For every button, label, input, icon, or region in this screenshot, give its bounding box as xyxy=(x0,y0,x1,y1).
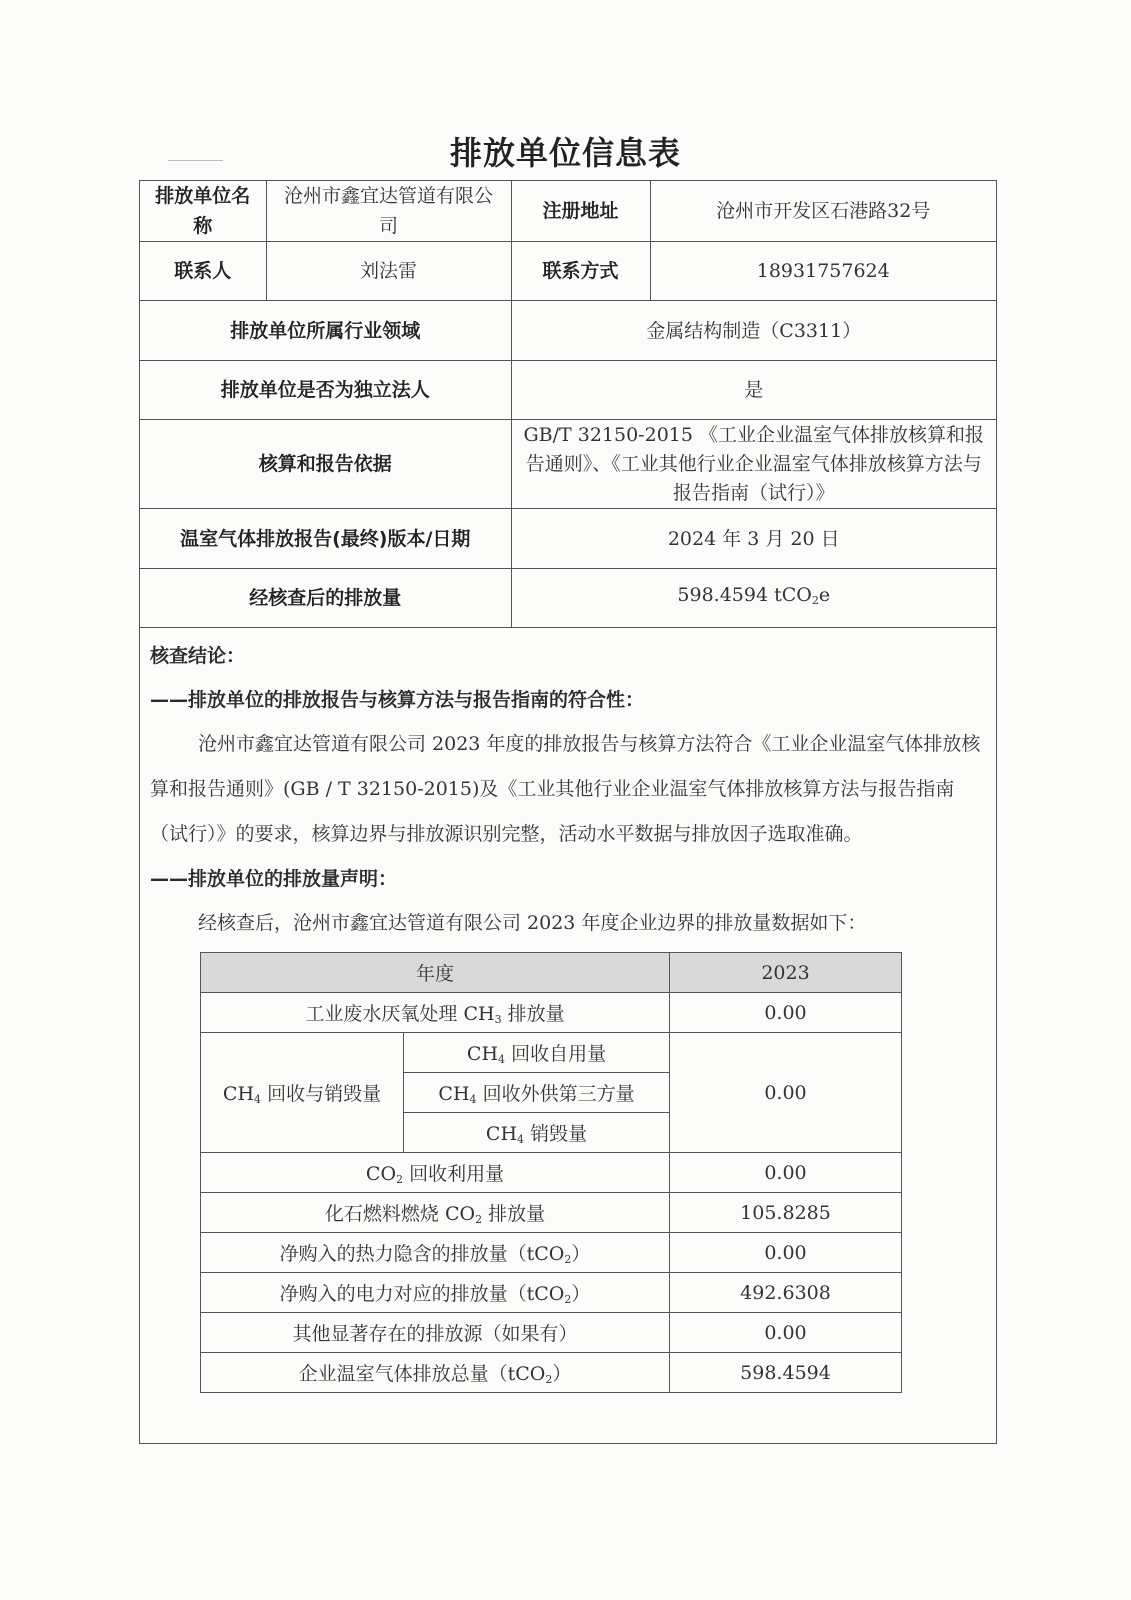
row-label: 净购入的电力对应的排放量（tCO2） xyxy=(201,1273,670,1313)
title-rule xyxy=(168,160,223,161)
phone-value: 18931757624 xyxy=(650,242,996,301)
conclusion-heading: 核查结论： xyxy=(150,634,988,678)
phone-label: 联系方式 xyxy=(511,242,650,301)
emissions-table: 年度 2023 工业废水厌氧处理 CH3 排放量 0.00 CH4 回收与销毁量… xyxy=(200,952,902,1393)
table-row: 工业废水厌氧处理 CH3 排放量 0.00 xyxy=(201,993,902,1033)
row-value: 492.6308 xyxy=(670,1273,902,1313)
unit-subscript: 2 xyxy=(812,594,819,607)
total-label: 企业温室气体排放总量（tCO2） xyxy=(201,1353,670,1393)
table-row: 其他显著存在的排放源（如果有） 0.00 xyxy=(201,1313,902,1353)
emission-statement-body: 经核查后，沧州市鑫宜达管道有限公司 2023 年度企业边界的排放量数据如下： xyxy=(150,901,988,946)
legal-entity-label: 排放单位是否为独立法人 xyxy=(140,361,511,420)
row-label: 其他显著存在的排放源（如果有） xyxy=(201,1313,670,1353)
verification-conclusion: 核查结论： ——排放单位的排放报告与核算方法与报告指南的符合性： 沧州市鑫宜达管… xyxy=(140,628,996,946)
year-header-label: 年度 xyxy=(201,953,670,993)
report-version-label: 温室气体排放报告(最终)版本/日期 xyxy=(140,509,511,569)
row-label: 化石燃料燃烧 CO2 排放量 xyxy=(201,1193,670,1233)
info-table: 排放单位名称 沧州市鑫宜达管道有限公司 注册地址 沧州市开发区石港路32号 联系… xyxy=(140,181,996,628)
unit-prefix: tCO xyxy=(774,584,812,606)
row-value: 0.00 xyxy=(670,993,902,1033)
compliance-body: 沧州市鑫宜达管道有限公司 2023 年度的排放报告与核算方法符合《工业企业温室气… xyxy=(150,722,988,857)
table-row: CO2 回收利用量 0.00 xyxy=(201,1153,902,1193)
ch4-subitem: CH4 销毁量 xyxy=(404,1113,670,1153)
industry-value: 金属结构制造（C3311） xyxy=(511,301,996,361)
ch4-subitem: CH4 回收自用量 xyxy=(404,1033,670,1073)
row-value: 0.00 xyxy=(670,1153,902,1193)
table-row: 化石燃料燃烧 CO2 排放量 105.8285 xyxy=(201,1193,902,1233)
basis-value: GB/T 32150-2015 《工业企业温室气体排放核算和报告通则》、《工业其… xyxy=(511,420,996,509)
verified-emissions-label: 经核查后的排放量 xyxy=(140,569,511,628)
contact-label: 联系人 xyxy=(140,242,266,301)
table-row: 净购入的热力隐含的排放量（tCO2） 0.00 xyxy=(201,1233,902,1273)
row-value: 105.8285 xyxy=(670,1193,902,1233)
row-label: 工业废水厌氧处理 CH3 排放量 xyxy=(201,993,670,1033)
unit-suffix: e xyxy=(819,584,830,606)
row-value: 0.00 xyxy=(670,1233,902,1273)
contact-value: 刘法雷 xyxy=(266,242,511,301)
page-title: 排放单位信息表 xyxy=(0,128,1131,174)
legal-entity-value: 是 xyxy=(511,361,996,420)
verified-emissions-value: 598.4594 tCO2e xyxy=(511,569,996,628)
table-row-total: 企业温室气体排放总量（tCO2） 598.4594 xyxy=(201,1353,902,1393)
row-label: 净购入的热力隐含的排放量（tCO2） xyxy=(201,1233,670,1273)
name-label: 排放单位名称 xyxy=(140,181,266,242)
report-version-value: 2024 年 3 月 20 日 xyxy=(511,509,996,569)
verified-emissions-number: 598.4594 xyxy=(677,584,768,606)
table-row: CH4 回收与销毁量 CH4 回收自用量 0.00 xyxy=(201,1033,902,1073)
table-row: 净购入的电力对应的排放量（tCO2） 492.6308 xyxy=(201,1273,902,1313)
ch4-subitem: CH4 回收外供第三方量 xyxy=(404,1073,670,1113)
name-value: 沧州市鑫宜达管道有限公司 xyxy=(266,181,511,242)
row-value: 0.00 xyxy=(670,1313,902,1353)
info-sheet: 排放单位名称 沧州市鑫宜达管道有限公司 注册地址 沧州市开发区石港路32号 联系… xyxy=(139,180,997,1444)
year-header-value: 2023 xyxy=(670,953,902,993)
address-label: 注册地址 xyxy=(511,181,650,242)
compliance-heading: ——排放单位的排放报告与核算方法与报告指南的符合性： xyxy=(150,678,988,722)
emission-statement-heading: ——排放单位的排放量声明： xyxy=(150,857,988,901)
row-label: CO2 回收利用量 xyxy=(201,1153,670,1193)
total-value: 598.4594 xyxy=(670,1353,902,1393)
address-value: 沧州市开发区石港路32号 xyxy=(650,181,996,242)
row-value: 0.00 xyxy=(670,1033,902,1153)
basis-label: 核算和报告依据 xyxy=(140,420,511,509)
industry-label: 排放单位所属行业领域 xyxy=(140,301,511,361)
ch4-group-label: CH4 回收与销毁量 xyxy=(201,1033,404,1153)
